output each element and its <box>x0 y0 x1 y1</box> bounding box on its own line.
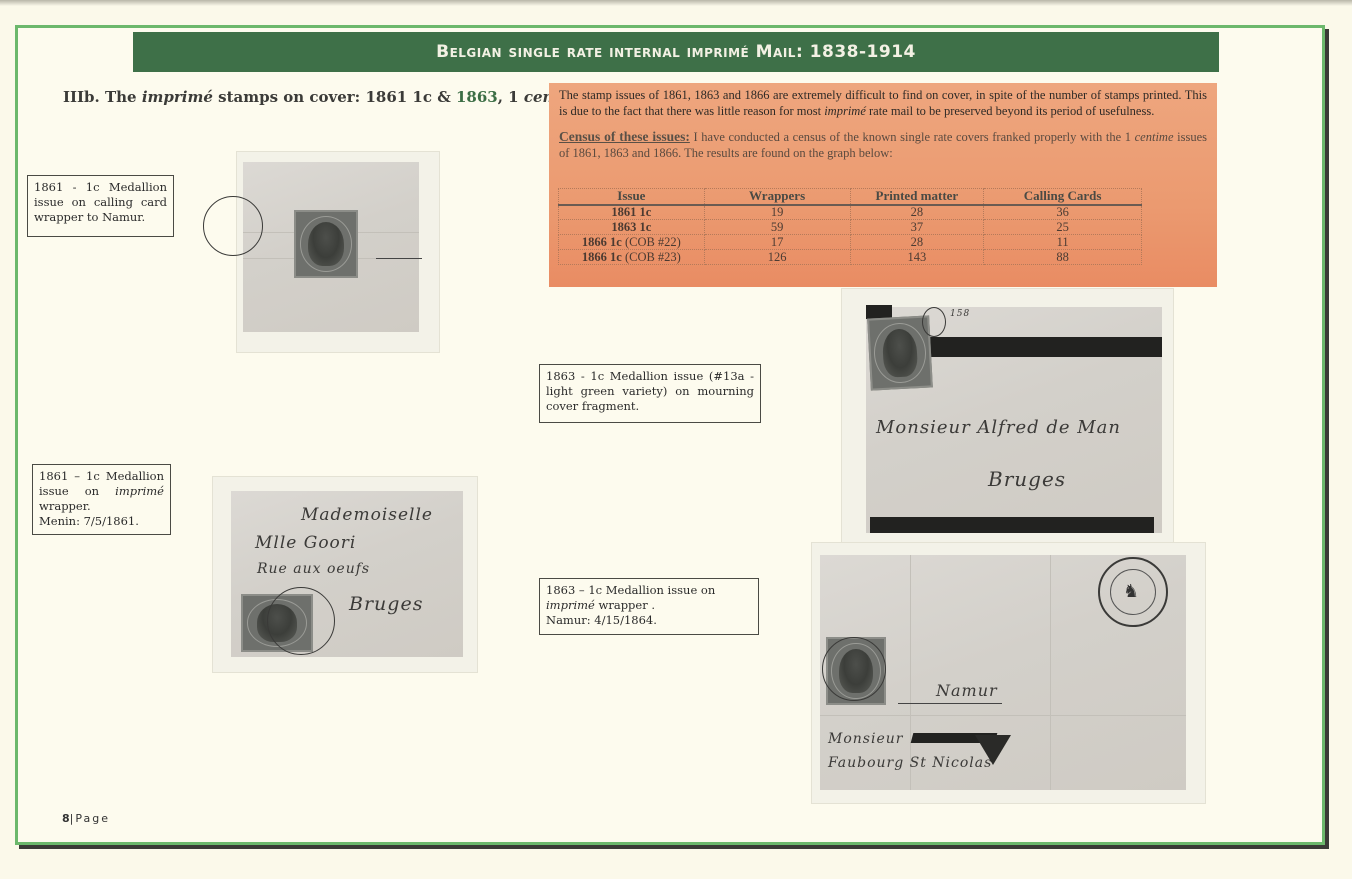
page-banner: Belgian single rate internal imprimé Mai… <box>133 32 1219 72</box>
intro-text-italic: imprimé <box>824 104 866 118</box>
caption-text: 1861 - 1c Medallion issue on calling car… <box>34 180 167 224</box>
cell-issue: 1866 1c (COB #23) <box>559 250 705 265</box>
cover-paper: 158 Monsieur Alfred de Man Bruges <box>866 307 1162 533</box>
census-paragraph: Census of these issues: I have conducted… <box>559 129 1207 161</box>
page-number-value: 8 <box>62 812 70 825</box>
census-heading: Census of these issues: <box>559 129 690 144</box>
section-title-year: 1863 <box>456 88 498 106</box>
handwritten-address: Monsieur <box>828 731 903 747</box>
page-number: 8|Page <box>62 812 110 825</box>
ink-triangle <box>975 735 1011 765</box>
mourning-band <box>926 337 1162 357</box>
table-header-row: Issue Wrappers Printed matter Calling Ca… <box>559 189 1142 205</box>
census-text-italic: centime <box>1135 130 1174 144</box>
cell-wrappers: 19 <box>704 205 850 220</box>
cell-wrappers: 17 <box>704 235 850 250</box>
caption-1863-namur: 1863 – 1c Medallion issue on imprimé wra… <box>539 578 759 635</box>
cell-issue: 1863 1c <box>559 220 705 235</box>
cell-issue: 1866 1c (COB #22) <box>559 235 705 250</box>
handwritten-address: Namur <box>936 681 998 700</box>
caption-1861-menin: 1861 – 1c Medallion issue on imprimé wra… <box>32 464 171 535</box>
cover-paper <box>243 162 419 332</box>
cover-photo-mourning-fragment: 158 Monsieur Alfred de Man Bruges <box>842 289 1173 542</box>
caption-date: Menin: 7/5/1861. <box>39 514 164 529</box>
table-row: 1866 1c (COB #23) 126 143 88 <box>559 250 1142 265</box>
handwritten-address: Bruges <box>988 467 1066 491</box>
cell-printed-matter: 28 <box>850 205 984 220</box>
intro-paragraph: The stamp issues of 1861, 1863 and 1866 … <box>559 88 1207 119</box>
cover-paper: Mademoiselle Mlle Goori Rue aux oeufs Br… <box>231 491 463 657</box>
table-row: 1866 1c (COB #22) 17 28 11 <box>559 235 1142 250</box>
cell-wrappers: 126 <box>704 250 850 265</box>
cover-photo-menin-wrapper: Mademoiselle Mlle Goori Rue aux oeufs Br… <box>213 477 477 672</box>
pencil-note: 158 <box>950 309 970 319</box>
cell-calling-cards: 88 <box>984 250 1142 265</box>
cover-photo-namur-wrapper: ♞ Namur Monsieur Faubourg St Nicolas <box>812 543 1205 803</box>
caption-text-b: wrapper . <box>595 598 655 612</box>
section-title-italic: imprimé <box>142 88 213 106</box>
caption-text: 1863 - 1c Medallion issue (#13a -light g… <box>546 369 754 413</box>
cover-photo-calling-card-wrapper <box>237 152 439 352</box>
census-table: Issue Wrappers Printed matter Calling Ca… <box>558 188 1142 265</box>
handwritten-address: Monsieur Alfred de Man <box>876 417 1121 438</box>
page-label: Page <box>75 812 110 825</box>
column-header-wrappers: Wrappers <box>704 189 850 205</box>
section-title-after-year: , 1 <box>498 88 524 106</box>
caption-text-italic: imprimé <box>115 484 164 498</box>
handwritten-address: Mlle Goori <box>255 533 356 553</box>
caption-text-a: 1863 – 1c Medallion issue on <box>546 583 752 598</box>
section-title-prefix: IIIb. The <box>63 88 142 106</box>
handwritten-address: Bruges <box>349 593 423 615</box>
handwritten-address: Mademoiselle <box>301 505 433 525</box>
postmark-menin <box>267 587 335 655</box>
handwritten-address: Rue aux oeufs <box>257 561 370 577</box>
caption-1863-mourning: 1863 - 1c Medallion issue (#13a -light g… <box>539 364 761 423</box>
section-title-middle: stamps on cover: 1861 1c & <box>213 88 456 106</box>
caption-date: Namur: 4/15/1864. <box>546 613 752 628</box>
cell-printed-matter: 28 <box>850 235 984 250</box>
column-header-calling-cards: Calling Cards <box>984 189 1142 205</box>
cell-wrappers: 59 <box>704 220 850 235</box>
cell-printed-matter: 37 <box>850 220 984 235</box>
column-header-printed-matter: Printed matter <box>850 189 984 205</box>
census-info-box: The stamp issues of 1861, 1863 and 1866 … <box>549 83 1217 287</box>
mourning-band <box>870 517 1154 533</box>
banner-title: Belgian single rate internal imprimé Mai… <box>436 42 916 62</box>
cell-calling-cards: 11 <box>984 235 1142 250</box>
cell-issue: 1861 1c <box>559 205 705 220</box>
cover-paper: ♞ Namur Monsieur Faubourg St Nicolas <box>820 555 1186 790</box>
handwritten-address: Faubourg St Nicolas <box>828 755 992 771</box>
cell-printed-matter: 143 <box>850 250 984 265</box>
postmark-partial <box>203 196 263 256</box>
caption-text-b: wrapper. <box>39 499 91 513</box>
timbre-paye-handstamp: ♞ <box>1098 557 1168 627</box>
cell-calling-cards: 36 <box>984 205 1142 220</box>
table-row: 1863 1c 59 37 25 <box>559 220 1142 235</box>
postmark-namur <box>822 637 886 701</box>
table-row: 1861 1c 19 28 36 <box>559 205 1142 220</box>
cell-calling-cards: 25 <box>984 220 1142 235</box>
column-header-issue: Issue <box>559 189 705 205</box>
intro-text-b: rate mail to be preserved beyond its per… <box>866 104 1154 118</box>
caption-1861-calling-card: 1861 - 1c Medallion issue on calling car… <box>27 175 174 237</box>
top-shadow <box>0 0 1352 6</box>
section-title: IIIb. The imprimé stamps on cover: 1861 … <box>63 88 591 106</box>
postmark-partial <box>922 307 946 337</box>
caption-text-italic: imprimé <box>546 598 595 612</box>
census-text-a: I have conducted a census of the known s… <box>690 130 1135 144</box>
medallion-stamp <box>294 210 358 278</box>
